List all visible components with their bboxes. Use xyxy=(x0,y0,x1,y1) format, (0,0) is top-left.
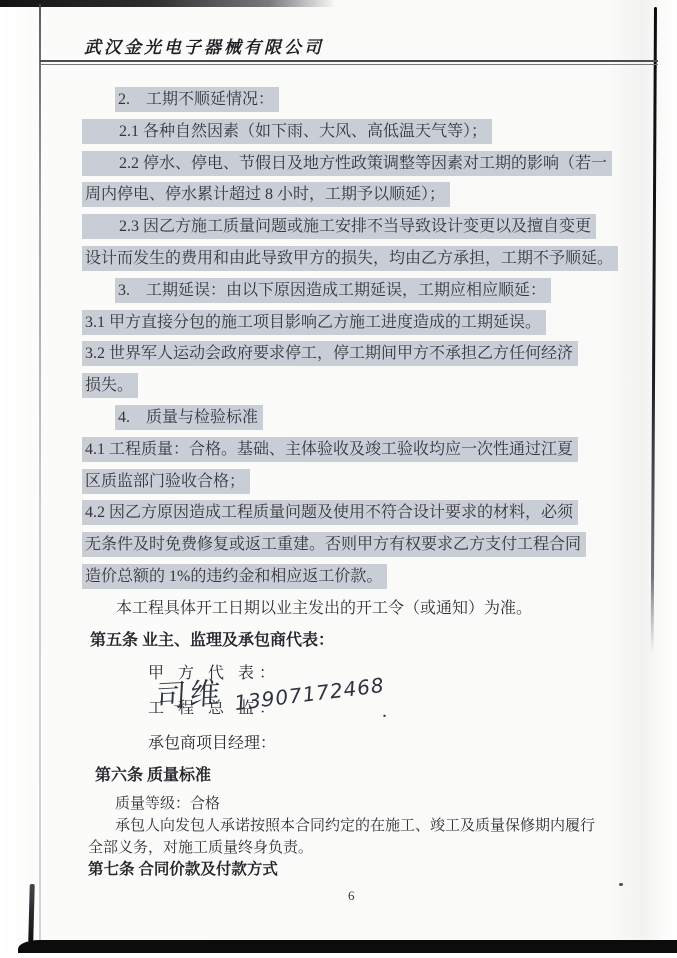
highlighted-text: 2.2 停水、停电、节假日及地方性政策调整等因素对工期的影响（若一 xyxy=(82,151,612,176)
scanned-page: 武汉金光电子器械有限公司 2. 工期不顺延情况：2.1 各种自然因素（如下雨、大… xyxy=(0,0,677,958)
document-line: 3. 工期延误：由以下原因造成工期延误，工期应相应顺延： xyxy=(82,275,634,307)
document-line: 承包人向发包人承诺按照本合同约定的在施工、竣工及质量保修期内履行 xyxy=(82,815,634,837)
highlighted-text: 无条件及时免费修复或返工重建。否则甲方有权要求乙方支付工程合同 xyxy=(82,532,586,557)
document-line: 2.3 因乙方施工质量问题或施工安排不当导致设计变更以及擅自变更 xyxy=(82,211,634,243)
highlighted-text: 3.1 甲方直接分包的施工项目影响乙方施工进度造成的工期延误。 xyxy=(82,310,546,335)
highlighted-text: 4. 质量与检验标准 xyxy=(115,405,263,430)
handwritten-period: . xyxy=(382,692,392,730)
header-rule-bottom xyxy=(40,64,658,65)
dust-speck xyxy=(619,883,623,886)
document-line: 承包商项目经理： xyxy=(82,728,634,759)
document-line: 区质监部门验收合格； xyxy=(82,466,634,498)
line-text: 本工程具体开工日期以业主发出的开工令（或通知）为准。 xyxy=(116,593,532,625)
highlighted-text: 3.2 世界军人运动会政府要求停工，停工期间甲方不承担乙方任何经济 xyxy=(82,341,578,366)
document-line: 无条件及时免费修复或返工重建。否则甲方有权要求乙方支付工程合同 xyxy=(82,529,634,561)
line-text: 第五条 业主、监理及承包商代表： xyxy=(90,625,334,658)
document-line: 4. 质量与检验标准 xyxy=(82,402,634,434)
document-line: 损失。 xyxy=(82,370,634,402)
handwritten-name: 司维 xyxy=(155,679,224,713)
document-line: 全部义务，对施工质量终身负责。 xyxy=(82,837,634,859)
line-text: 质量等级：合格 xyxy=(115,793,220,815)
document-line: 第七条 合同价款及付款方式 xyxy=(82,859,634,881)
document-line: 2.2 停水、停电、节假日及地方性政策调整等因素对工期的影响（若一 xyxy=(82,148,634,180)
document-line: 设计而发生的费用和由此导致甲方的损失，均由乙方承担，工期不予顺延。 xyxy=(82,243,634,275)
line-text: 第六条 质量标准 xyxy=(95,759,211,793)
highlighted-text: 2.1 各种自然因素（如下雨、大风、高低温天气等）； xyxy=(82,119,492,144)
highlighted-text: 4.2 因乙方原因造成工程质量问题及使用不符合设计要求的材料，必须 xyxy=(82,500,578,525)
highlighted-text: 2.3 因乙方施工质量问题或施工安排不当导致设计变更以及擅自变更 xyxy=(82,214,596,239)
document-line: 3.2 世界军人运动会政府要求停工，停工期间甲方不承担乙方任何经济 xyxy=(82,338,634,370)
page-number: 6 xyxy=(348,888,355,904)
document-line: 第五条 业主、监理及承包商代表： xyxy=(82,625,634,658)
bottom-margin xyxy=(0,953,677,958)
document-line: 3.1 甲方直接分包的施工项目影响乙方施工进度造成的工期延误。 xyxy=(82,307,634,339)
highlighted-text: 4.1 工程质量：合格。基础、主体验收及竣工验收均应一次性通过江夏 xyxy=(82,437,578,462)
top-edge-shadow xyxy=(0,0,336,7)
document-line: 工 程 总 监：司维13907172468. xyxy=(82,690,634,728)
spine-corner-shadow xyxy=(28,884,35,942)
document-line: 2. 工期不顺延情况： xyxy=(82,84,634,116)
document-line: 4.1 工程质量：合格。基础、主体验收及竣工验收均应一次性通过江夏 xyxy=(82,434,634,466)
document-line: 质量等级：合格 xyxy=(82,793,634,815)
line-text: 第七条 合同价款及付款方式 xyxy=(88,859,278,881)
document-line: 4.2 因乙方原因造成工程质量问题及使用不符合设计要求的材料，必须 xyxy=(82,497,634,529)
highlighted-text: 周内停电、停水累计超过 8 小时，工期予以顺延）； xyxy=(82,182,450,207)
highlighted-text: 损失。 xyxy=(82,373,138,398)
line-text: 承包商项目经理： xyxy=(148,728,276,759)
line-text: 承包人向发包人承诺按照本合同约定的在施工、竣工及质量保修期内履行 xyxy=(115,815,595,837)
document-line: 第六条 质量标准 xyxy=(82,759,634,793)
document-line: 造价总额的 1%的违约金和相应返工价款。 xyxy=(82,561,634,593)
highlighted-text: 设计而发生的费用和由此导致甲方的损失，均由乙方承担，工期不予顺延。 xyxy=(82,246,618,271)
header-rule-top xyxy=(40,60,658,62)
document-body: 2. 工期不顺延情况：2.1 各种自然因素（如下雨、大风、高低温天气等）；2.2… xyxy=(82,84,634,881)
bottom-spine-shadow xyxy=(18,940,677,953)
highlighted-text: 2. 工期不顺延情况： xyxy=(115,87,279,112)
document-line: 周内停电、停水累计超过 8 小时，工期予以顺延）； xyxy=(82,179,634,211)
highlighted-text: 区质监部门验收合格； xyxy=(82,469,250,494)
document-line: 本工程具体开工日期以业主发出的开工令（或通知）为准。 xyxy=(82,593,634,625)
highlighted-text: 造价总额的 1%的违约金和相应返工价款。 xyxy=(82,564,387,589)
line-text: 全部义务，对施工质量终身负责。 xyxy=(88,837,313,859)
document-line: 2.1 各种自然因素（如下雨、大风、高低温天气等）； xyxy=(82,116,634,148)
fold-line xyxy=(39,4,41,944)
company-name: 武汉金光电子器械有限公司 xyxy=(84,33,324,58)
page-edge-line xyxy=(651,7,657,652)
highlighted-text: 3. 工期延误：由以下原因造成工期延误，工期应相应顺延： xyxy=(115,278,551,303)
